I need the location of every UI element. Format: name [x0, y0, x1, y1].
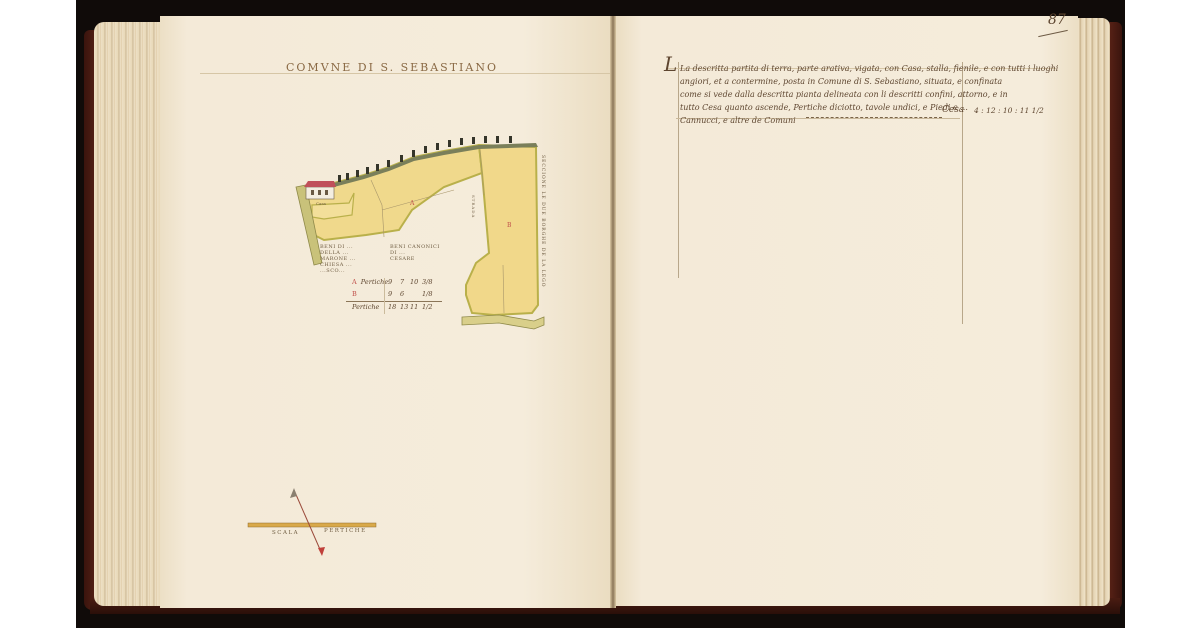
gutter [610, 16, 616, 608]
entry-initial-capital: L [664, 58, 677, 71]
scale-and-compass [244, 484, 384, 564]
area-row-b: B 9 6 1/8 [352, 290, 442, 298]
svg-text:STRADA: STRADA [471, 195, 476, 218]
entry-dash-line [806, 117, 942, 118]
svg-text:Casa: Casa [316, 201, 326, 206]
svg-text:SECCIONE LE DUE BORGHE DE LA L: SECCIONE LE DUE BORGHE DE LA LEGO [540, 155, 546, 287]
left-page-edges [94, 22, 160, 606]
boundary-text-mid: BENI CANONICI DI ... CESARE [390, 244, 440, 262]
scale-label-left: SCALA [272, 530, 299, 536]
compass-needle-icon [294, 490, 322, 554]
right-page-edges [1076, 18, 1110, 606]
folio-number: 87 [1048, 14, 1066, 27]
entry-total-value: 4 : 12 : 10 : 11 1/2 [974, 104, 1044, 117]
parcel-b-label: B [507, 222, 512, 229]
right-margin-line-left [678, 62, 679, 278]
entry-total-label: Cesa [942, 104, 964, 117]
scale-bar [248, 523, 376, 527]
boundary-text-left: BENI DI ... DELLA ... MARONE ... CHIESA … [320, 244, 356, 274]
scale-label-right: PERTICHE [324, 528, 367, 534]
page-heading: COMVNE DI S. SEBASTIANO [286, 61, 498, 74]
parcel-a-label: A [409, 200, 415, 207]
area-total: Pertiche 18 13 11 1/2 [352, 303, 442, 311]
book-scan: COMVNE DI S. SEBASTIANO [76, 0, 1125, 628]
area-table: A Pertiche 9 7 10 3/8 B 9 6 1/8 Pertiche… [346, 278, 446, 318]
farmhouse-icon [304, 181, 336, 199]
area-row-a: A Pertiche 9 7 10 3/8 [352, 278, 388, 286]
